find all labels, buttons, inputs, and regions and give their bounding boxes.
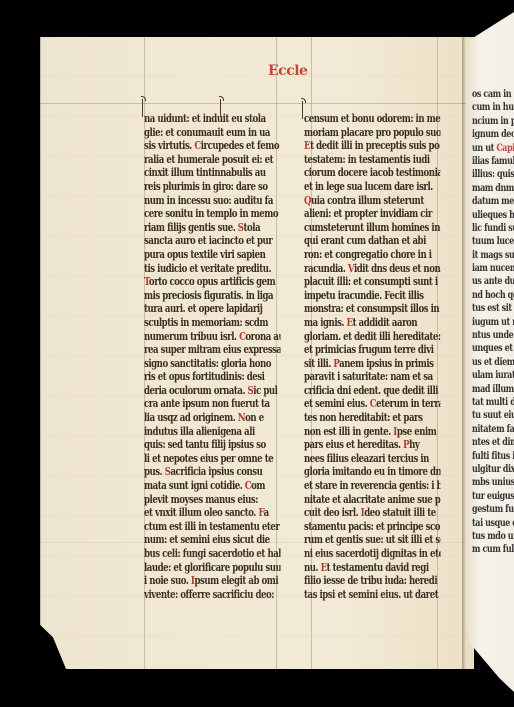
facing-text-line: ulgitur dix xyxy=(472,463,514,476)
facing-text-line: fulti fitus in xyxy=(472,450,514,463)
facing-text-line: ncium in pace gloria xyxy=(472,115,514,128)
text-line: alieni: et propter invidiam cir xyxy=(304,207,441,221)
ascender-flourish xyxy=(142,99,143,117)
facing-text-line: illius: quis fuit quo xyxy=(472,168,514,181)
text-line: monstra: et consumpsit illos in fla xyxy=(304,302,441,316)
ascender-flourish xyxy=(220,99,221,117)
facing-text-line: ulieques habens xyxy=(472,209,514,222)
facing-text-line: ntus unde in xyxy=(472,329,514,342)
facing-text-line: ulam iuratur xyxy=(472,369,514,382)
facing-text-line: it mags suas xyxy=(472,249,514,262)
text-line: gloria imitando eu in timore dni: xyxy=(304,465,441,479)
facing-text-line: mad illum fuit xyxy=(472,383,514,396)
text-line: Torto cocco opus artificis gem xyxy=(144,275,281,289)
text-line: et semini eius. Ceterum in terra gen xyxy=(304,397,441,411)
ruling-line xyxy=(276,37,277,669)
rubricated-initial: F xyxy=(258,506,263,519)
rubricated-initial: I xyxy=(393,425,397,438)
text-line: pus. Sacrificia ipsius consu xyxy=(144,465,281,479)
text-line: li et nepotes eius per omne te xyxy=(144,452,281,466)
facing-text-line: tus mdo ui xyxy=(472,530,514,543)
facing-text-line: iugum ut magni xyxy=(472,316,514,329)
text-line: plevit moyses manus eius: xyxy=(144,493,281,507)
gutter-shadow xyxy=(462,0,466,707)
text-line: num: et semini eius sicut die xyxy=(144,533,281,547)
text-line: tura auri. et opere lapidarij xyxy=(144,302,281,316)
facing-text-line: nd hoch qd dim xyxy=(472,289,514,302)
text-line: gloriam. et dedit illi hereditate: xyxy=(304,330,441,344)
text-line: ralia et humerale posuit ei: et xyxy=(144,153,281,167)
text-line: ris et opus fortitudinis: desi xyxy=(144,370,281,384)
rubricated-initial: E xyxy=(321,561,327,574)
facing-text-line: m cum fulmi xyxy=(472,543,514,556)
text-line: paravit i saturitate: nam et sa xyxy=(304,370,441,384)
facing-text-line: os cam in cutu unhens xyxy=(472,88,514,101)
rubricated-initial: P xyxy=(403,438,409,451)
text-line: pars eius et hereditas. Phy xyxy=(304,438,441,452)
rubricated-initial: Q xyxy=(304,194,311,207)
text-line: indutus illa alienigena ali xyxy=(144,425,281,439)
facing-text-line: ntes et dimi xyxy=(472,436,514,449)
text-line: ni eius sacerdotij dignitas in eter xyxy=(304,547,441,561)
text-line: mata sunt igni cotidie. Com xyxy=(144,479,281,493)
facing-text-line: tur euigus xyxy=(472,490,514,503)
facing-text-line: cum in huius nec illis xyxy=(472,101,514,114)
ruling-line xyxy=(40,37,41,669)
rubricated-initial: E xyxy=(304,139,310,152)
facing-text-line: tat multi dut xyxy=(472,396,514,409)
rubricated-initial: T xyxy=(144,275,149,288)
rubricated-initial: S xyxy=(238,221,244,234)
text-line: ma ignis. Et addidit aaron xyxy=(304,316,441,330)
text-line: non est illi in gente. Ipse enim xyxy=(304,425,441,439)
text-line: deria oculorum ornata. Sic pul xyxy=(144,384,281,398)
facing-text-line: gestum fuit xyxy=(472,503,514,516)
text-line: cumsteterunt illum homines in deserto xyxy=(304,221,441,235)
text-line: testatem: in testamentis iudi xyxy=(304,153,441,167)
ruling-line xyxy=(40,542,474,543)
text-line: numerum tribuu isrl. Corona au xyxy=(144,330,281,344)
text-line: nitate et alacritate anime sue pla xyxy=(304,493,441,507)
running-head: Eccle xyxy=(268,63,307,79)
rubricated-initial: I xyxy=(361,506,365,519)
facing-text-line: ignum deo memoriale xyxy=(472,128,514,141)
text-line: cinxit illum tintinnabulis au xyxy=(144,166,281,180)
text-column-right: censum et bonu odorem: in memoriam placa… xyxy=(304,112,440,601)
text-line: racundia. Vidit dns deus et non xyxy=(304,262,441,276)
text-line: qui erant cum dathan et abi xyxy=(304,234,441,248)
text-line: tis iudicio et veritate preditu. xyxy=(144,262,281,276)
manuscript-leaf: Eccle na uidunt: et induit eu stolaglie:… xyxy=(40,37,474,669)
text-line: placuit illi: et consumpti sunt i xyxy=(304,275,441,289)
text-line: et stare in reverencia gentis: i bo xyxy=(304,479,441,493)
facing-text-line: tu suut eius xyxy=(472,409,514,422)
text-line: num in incessu suo: auditu fa xyxy=(144,194,281,208)
rubricated-initial: C xyxy=(194,139,200,152)
text-line: tes non hereditabit: et pars xyxy=(304,411,441,425)
facing-text-line: us ante dum in xyxy=(472,275,514,288)
text-line: tas ipsi et semini eius. ut daret xyxy=(304,588,441,602)
text-line: lia usqz ad originem. Non e xyxy=(144,411,281,425)
text-line: quis: sed tantu filij ipsius so xyxy=(144,438,281,452)
facing-text-line: mam dnm fuit in xyxy=(472,182,514,195)
rubricated-initial: C xyxy=(239,330,245,343)
rubricated-initial: C xyxy=(370,397,376,410)
text-line: et vnxit illum oleo sancto. Fa xyxy=(144,506,281,520)
text-line: et primicias frugum terre divi xyxy=(304,343,441,357)
text-line: ctum est illi in testamentu eter xyxy=(144,520,281,534)
text-line: signo sanctitatis: gloria hono xyxy=(144,357,281,371)
text-line: i noie suo. Ipsum elegit ab omi xyxy=(144,574,281,588)
ruling-line xyxy=(311,37,312,669)
text-line: vivente: offerre sacrificiu deo: xyxy=(144,588,281,602)
text-line: pura opus textile viri sapien xyxy=(144,248,281,262)
facing-text-line: lic fundi sunt ut xyxy=(472,222,514,235)
text-line: sancta auro et iacincto et pur xyxy=(144,234,281,248)
text-line: mis preciosis figuratis. in liga xyxy=(144,289,281,303)
text-line: ron: et congregatio chore in i xyxy=(304,248,441,262)
text-line: censum et bonu odorem: in me xyxy=(304,112,441,126)
text-line: nu. Et testamentu david regi xyxy=(304,561,441,575)
text-line: nees filius eleazari tercius in xyxy=(304,452,441,466)
facing-text-line: mbs unius et xyxy=(472,476,514,489)
text-line: cuit deo isrl. Ideo statuit illi te xyxy=(304,506,441,520)
facing-text-line: us et diem xyxy=(472,356,514,369)
text-line: reis plurimis in giro: dare so xyxy=(144,180,281,194)
text-line: et in lege sua lucem dare isrl. xyxy=(304,180,441,194)
text-line: Quia contra illum steterunt xyxy=(304,194,441,208)
ruling-line xyxy=(144,37,145,669)
text-line: filio iesse de tribu iuda: heredi xyxy=(304,574,441,588)
text-line: na uidunt: et induit eu stola xyxy=(144,112,281,126)
facing-text-line: tuum lucens et xyxy=(472,235,514,248)
facing-text-line: tus est sit ual xyxy=(472,302,514,315)
text-line: sculptis in memoriam: scdm xyxy=(144,316,281,330)
facing-text-line: nitatem fama xyxy=(472,423,514,436)
text-line: cere sonitu in templo in memo xyxy=(144,207,281,221)
facing-page-text: os cam in cutu unhenscum in huius nec il… xyxy=(472,88,514,557)
rubricated-initial: N xyxy=(238,411,245,424)
text-line: crificia dni edent. que dedit illi xyxy=(304,384,441,398)
rubricated-initial: V xyxy=(348,262,354,275)
rubricated-initial: P xyxy=(333,357,339,370)
text-line: sit illi. Panem ipsius in primis xyxy=(304,357,441,371)
text-line: sis virtutis. Circupedes et femo xyxy=(144,139,281,153)
facing-text-line: datum mesur in xyxy=(472,195,514,208)
rubricated-initial: S xyxy=(165,465,171,478)
text-line: stamentu pacis: et principe sco xyxy=(304,520,441,534)
text-line: riam filijs gentis sue. Stola xyxy=(144,221,281,235)
text-line: laude: et glorificare populu suu xyxy=(144,561,281,575)
text-column-left: na uidunt: et induit eu stolaglie: et co… xyxy=(144,112,280,601)
facing-text-line: tai usque dui xyxy=(472,517,514,530)
rubricated-initial: I xyxy=(191,574,195,587)
facing-text-line: unques et fami xyxy=(472,342,514,355)
text-line: glie: et conumauit eum in ua xyxy=(144,126,281,140)
facing-text-line: iam nucem in xyxy=(472,262,514,275)
facing-text-line: un ut Capitlm xyxy=(472,142,514,155)
text-line: bus celi: fungi sacerdotio et habere xyxy=(144,547,281,561)
text-line: ciorum docere iacob testimonia: xyxy=(304,166,441,180)
text-line: Et dedit illi in preceptis suis po xyxy=(304,139,441,153)
facing-rubric: Capitlm xyxy=(496,143,514,154)
text-line: impetu iracundie. Fecit illis xyxy=(304,289,441,303)
ascender-flourish xyxy=(302,101,303,119)
facing-page: os cam in cutu unhenscum in huius nec il… xyxy=(462,0,514,707)
text-line: rea super mitram eius expressa xyxy=(144,343,281,357)
facing-text-line: ilias famuli xyxy=(472,155,514,168)
rubricated-initial: S xyxy=(248,384,254,397)
text-line: moriam placare pro populo suo. xyxy=(304,126,441,140)
text-line: cra ante ipsum non fuerut ta xyxy=(144,397,281,411)
ruling-line xyxy=(437,37,438,669)
text-line: rum et gentis sue: ut sit illi et semi xyxy=(304,533,441,547)
rubricated-initial: E xyxy=(347,316,353,329)
ruling-line xyxy=(40,103,474,104)
rubricated-initial: C xyxy=(245,479,251,492)
